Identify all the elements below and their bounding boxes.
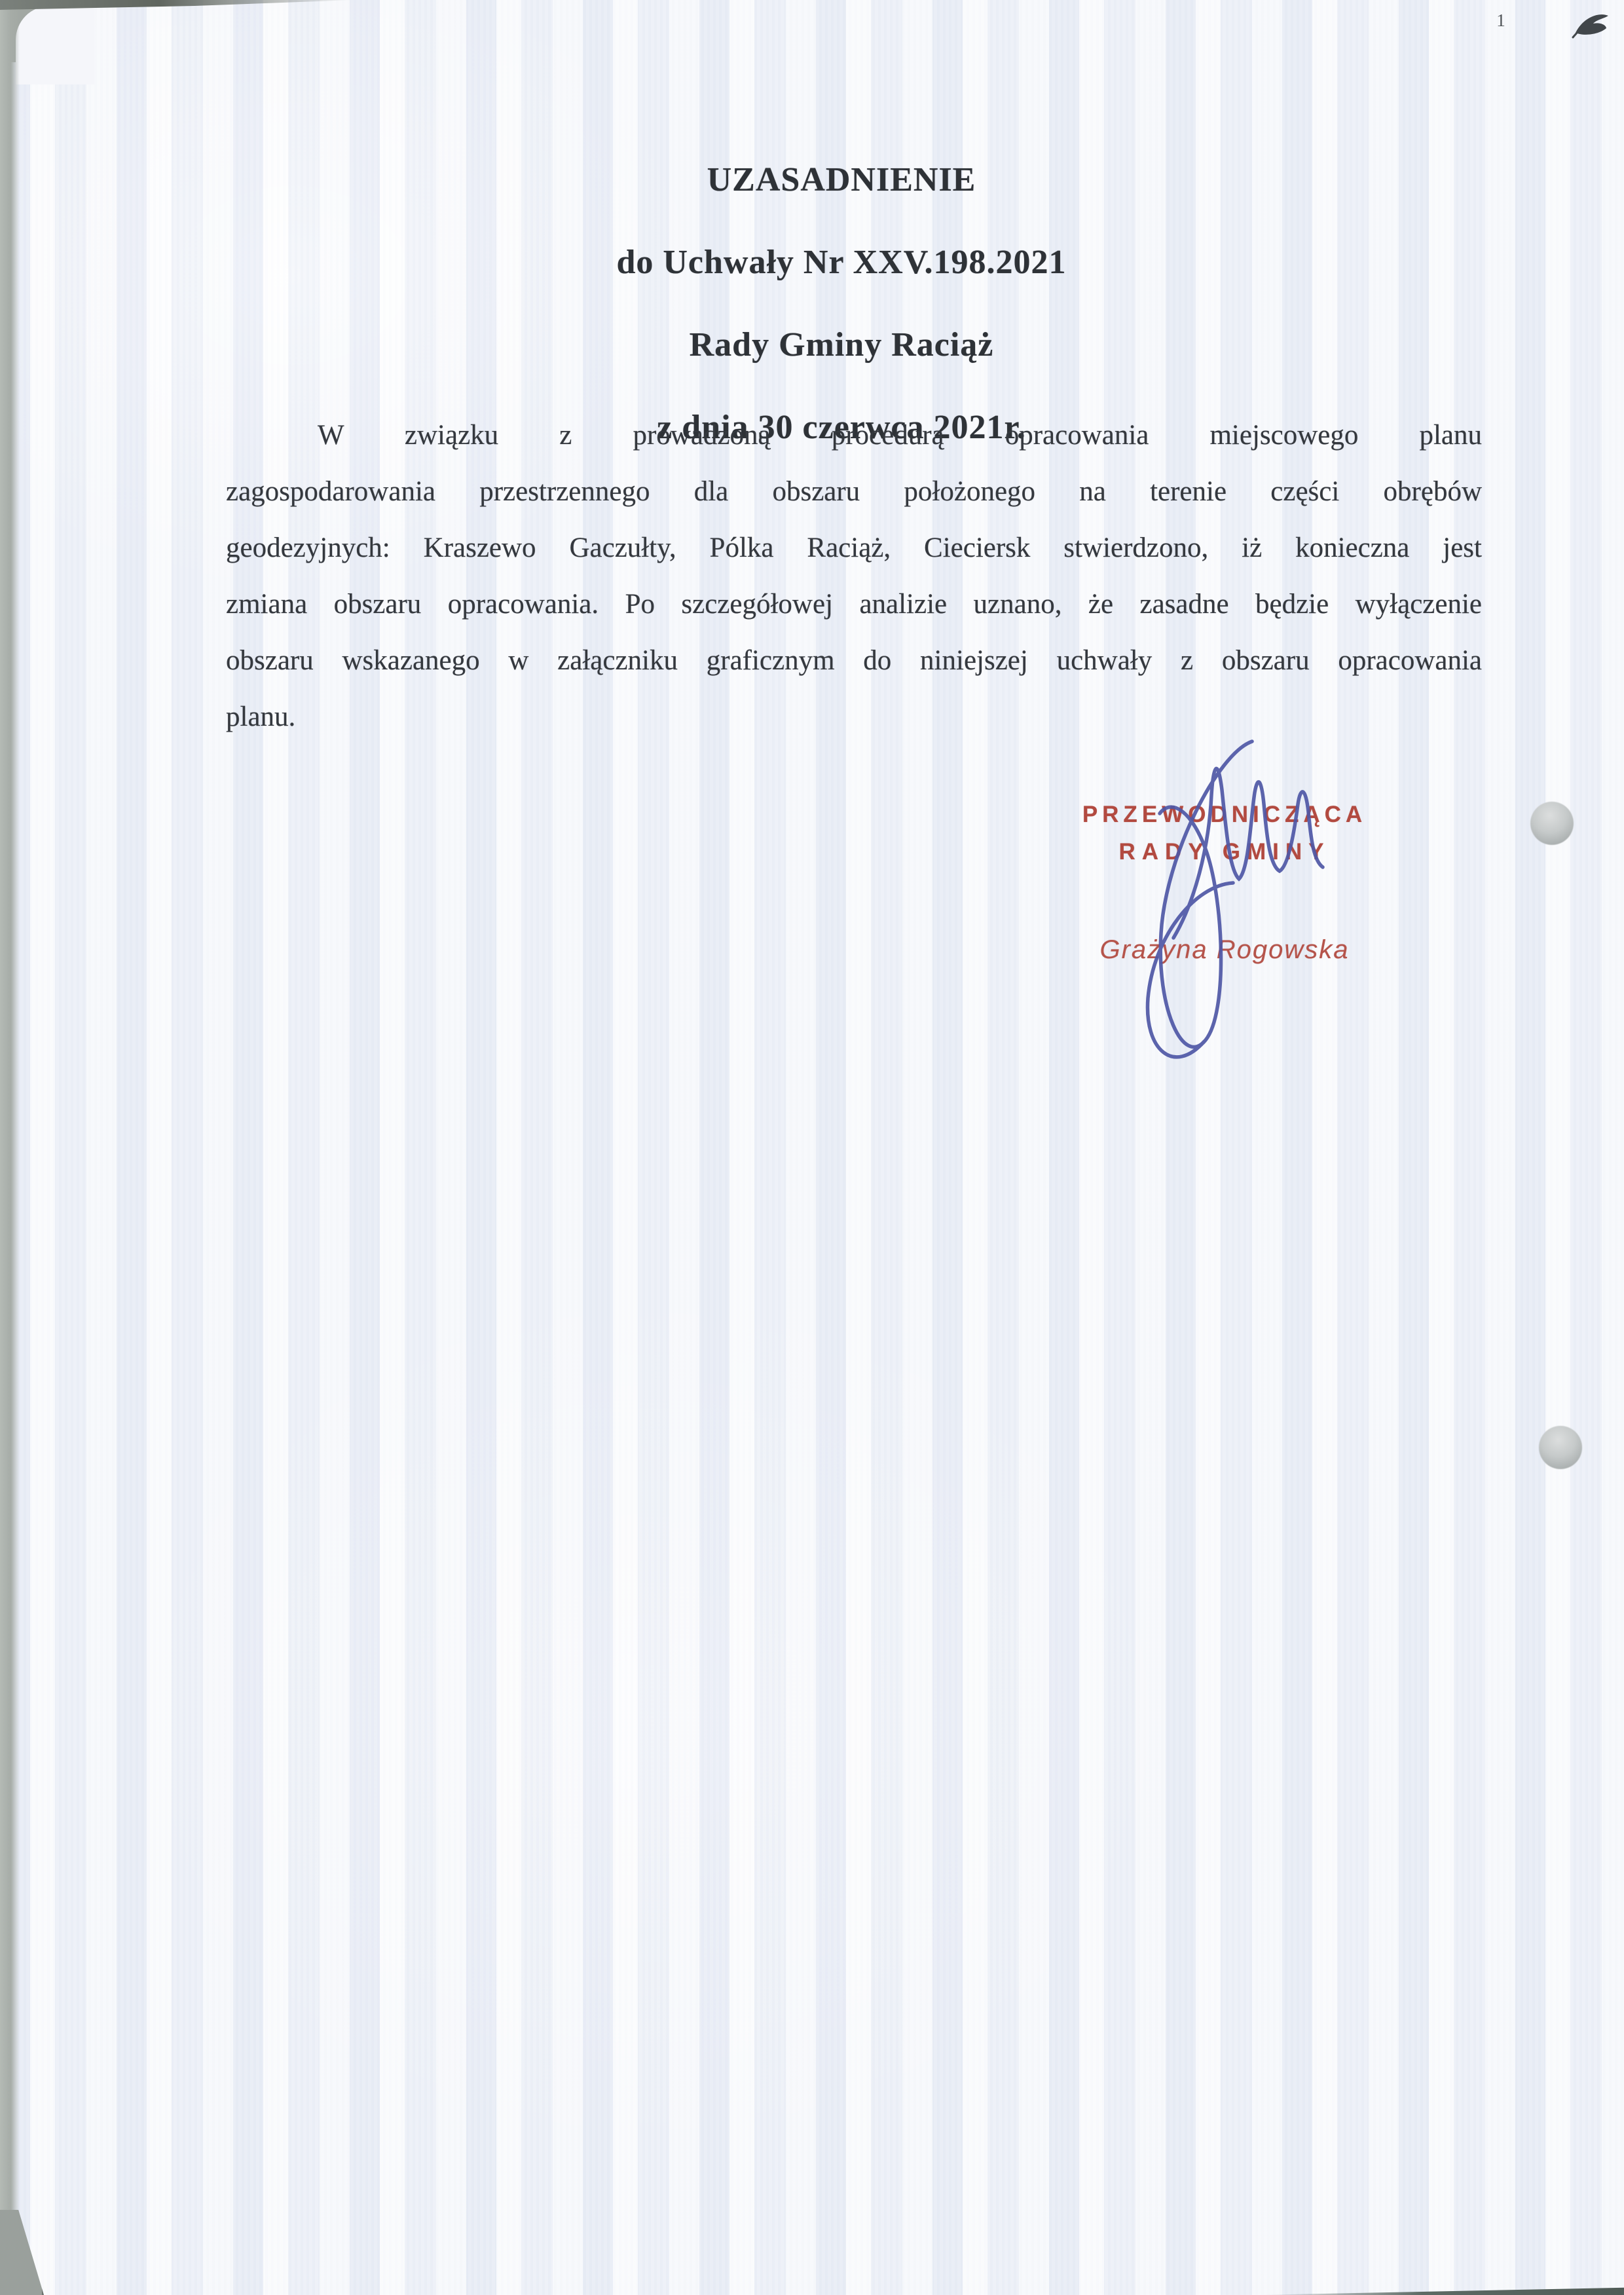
body-line: zagospodarowania przestrzennego dla obsz… bbox=[226, 464, 1482, 520]
scanned-document-page: { "page": { "corner": { "page_number": "… bbox=[0, 0, 1624, 2295]
corner-scribble-icon bbox=[1570, 8, 1616, 42]
resolution-number-line: do Uchwały Nr XXV.198.2021 bbox=[341, 221, 1342, 304]
page-number: 1 bbox=[1486, 10, 1515, 31]
scan-edge-bottom-right bbox=[1257, 2285, 1624, 2295]
scan-edge-bottom-left bbox=[0, 2210, 44, 2295]
scan-edge-top bbox=[0, 0, 354, 10]
council-name-line: Rady Gminy Raciąż bbox=[341, 304, 1342, 386]
handwritten-signature bbox=[1002, 726, 1395, 1099]
body-line: W związku z prowadzoną procedurą opracow… bbox=[226, 407, 1482, 464]
body-line: geodezyjnych: Kraszewo Gaczułty, Pólka R… bbox=[226, 520, 1482, 576]
body-line: zmiana obszaru opracowania. Po szczegóło… bbox=[226, 576, 1482, 633]
scan-edge-left bbox=[0, 0, 20, 2295]
body-line: obszaru wskazanego w załączniku graficzn… bbox=[226, 633, 1482, 689]
hole-punch-mark-bottom bbox=[1539, 1426, 1582, 1469]
body-paragraph: W związku z prowadzoną procedurą opracow… bbox=[226, 407, 1482, 745]
document-title: UZASADNIENIE bbox=[341, 139, 1342, 221]
hole-punch-mark-top bbox=[1530, 802, 1574, 845]
